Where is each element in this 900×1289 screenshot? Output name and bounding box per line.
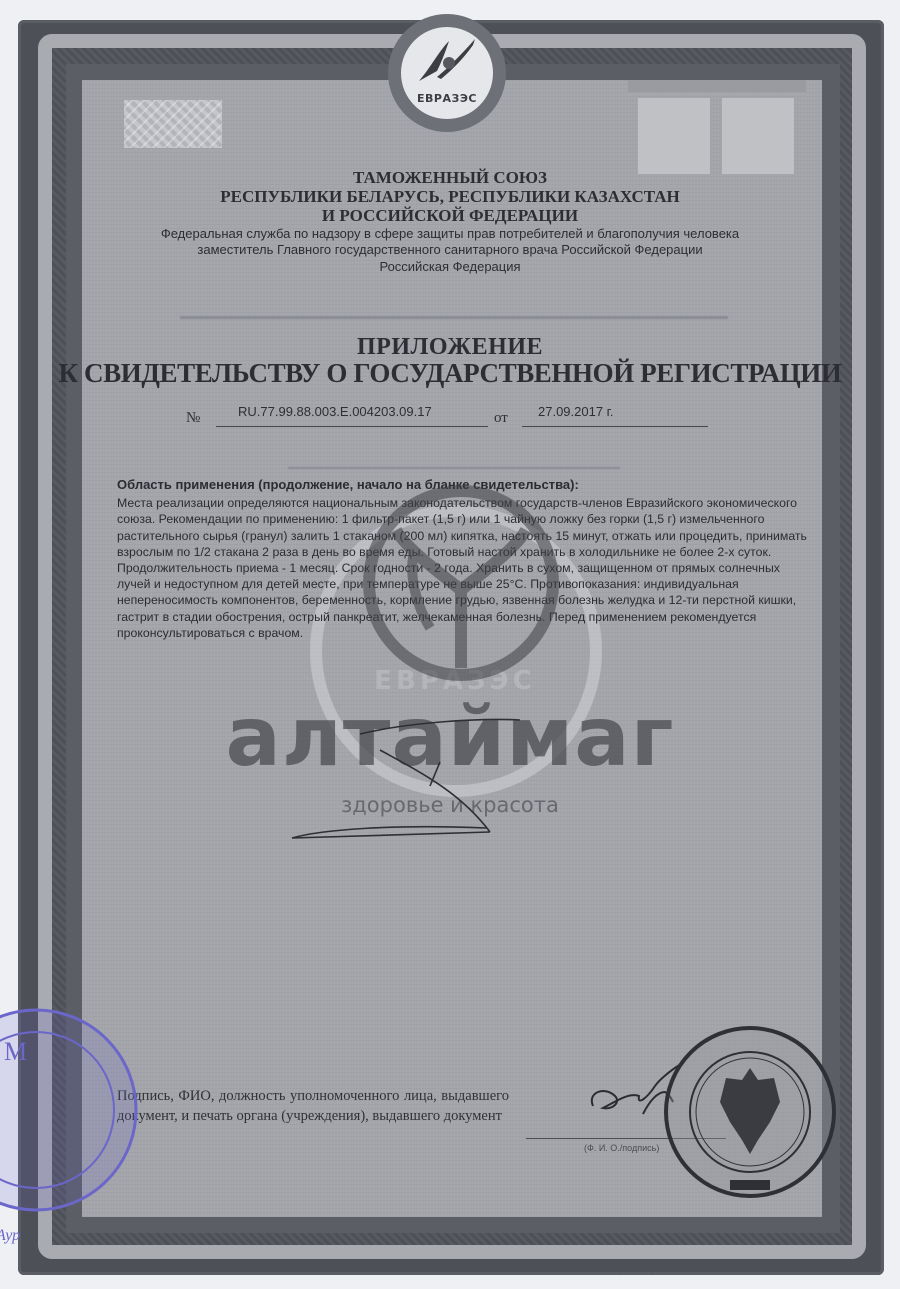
illegible-subcaption [288,467,620,469]
agency-name: Федеральная служба по надзору в сфере за… [0,226,900,241]
document-subtitle: К СВИДЕТЕЛЬСТВУ О ГОСУДАРСТВЕННОЙ РЕГИСТ… [0,358,900,389]
blue-stamp-icon: М Аур [0,990,156,1260]
registration-number: RU.77.99.88.003.Е.004203.09.17 [238,404,432,419]
eurasec-emblem: ЕВРАЗЭС [388,14,506,132]
union-title-line-1: ТАМОЖЕННЫЙ СОЮЗ [0,168,900,188]
decorative-panel-left [124,100,222,148]
number-sign: № [186,410,200,427]
decorative-panel-right [722,98,794,174]
eurasec-emblem-icon [415,37,479,85]
registration-date: 27.09.2017 г. [538,404,613,419]
number-underline [216,426,488,427]
leaf-logo-icon [356,478,566,688]
illegible-subcaption [180,316,728,319]
date-underline [522,426,708,427]
svg-text:Аур: Аур [0,1227,20,1244]
from-label: от [494,410,508,427]
union-title-line-2: РЕСПУБЛИКИ БЕЛАРУСЬ, РЕСПУБЛИКИ КАЗАХСТА… [0,187,900,207]
fio-hint: (Ф. И. О./подпись) [584,1143,659,1153]
decorative-band-right [628,80,806,92]
handwritten-signature-icon [290,712,620,842]
official-title: заместитель Главного государственного са… [0,242,900,257]
printer-footnote: · · · · · · · · · · · · · · · · [610,1270,707,1277]
rospotrebnadzor-seal-icon [660,1022,840,1202]
svg-text:М: М [4,1037,27,1066]
signature-caption: Подпись, ФИО, должность уполномоченного … [117,1086,509,1126]
union-title-line-3: И РОССИЙСКОЙ ФЕДЕРАЦИИ [0,206,900,226]
emblem-label: ЕВРАЗЭС [401,92,493,105]
decorative-panel-right [638,98,710,174]
registration-row: № RU.77.99.88.003.Е.004203.09.17 от 27.0… [186,404,706,428]
country-name: Российская Федерация [0,259,900,274]
document-title: ПРИЛОЖЕНИЕ [0,334,900,361]
